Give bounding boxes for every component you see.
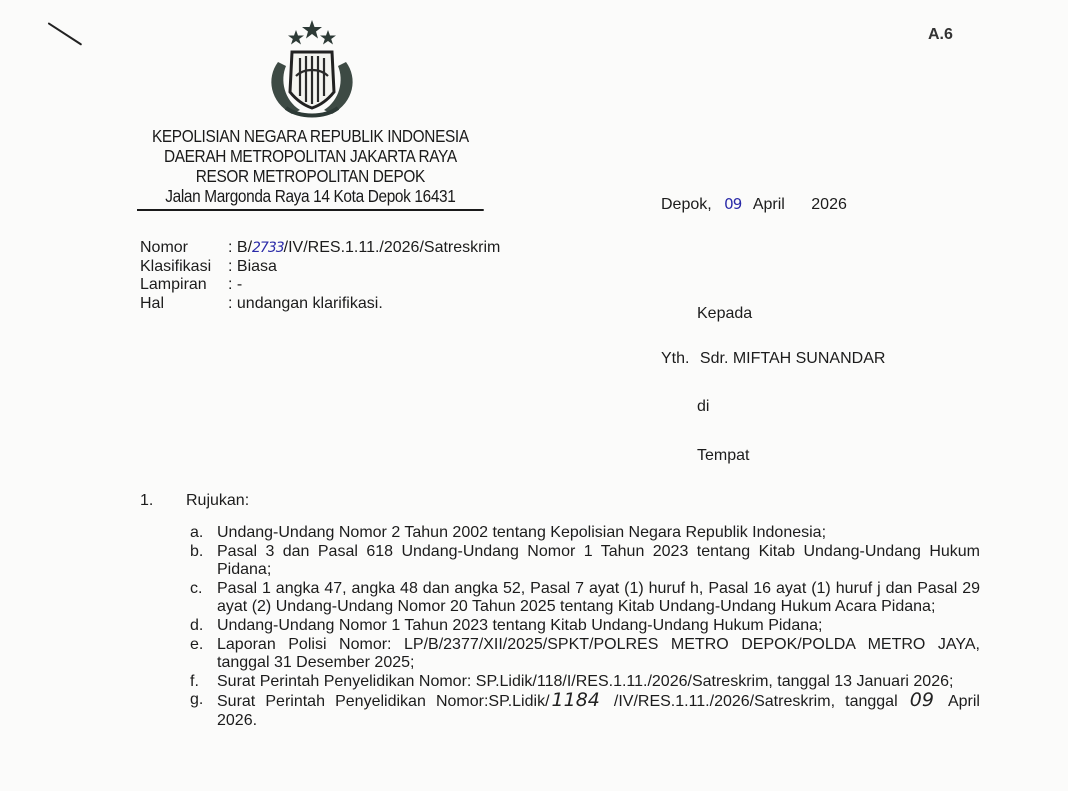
reference-item: b. Pasal 3 dan Pasal 618 Undang-Undang N…: [190, 543, 980, 580]
meta-value-suffix: /IV/RES.1.11./2026/Satreskrim: [284, 239, 501, 258]
reference-text: Undang-Undang Nomor 1 Tahun 2023 tentang…: [217, 617, 980, 636]
reference-text: Pasal 3 dan Pasal 618 Undang-Undang Nomo…: [217, 543, 980, 580]
handwritten-day: 09: [910, 689, 934, 711]
handwritten-number: 1184: [552, 689, 600, 711]
meta-label: Hal: [140, 295, 228, 314]
letterhead-line: KEPOLISIAN NEGARA REPUBLIK INDONESIA: [137, 126, 484, 146]
reference-item: a. Undang-Undang Nomor 2 Tahun 2002 tent…: [190, 524, 980, 543]
meta-label: Nomor: [140, 239, 228, 258]
letter-meta: Nomor : B/ 2733 /IV/RES.1.11./2026/Satre…: [140, 239, 500, 313]
reference-text-before: Surat Perintah Penyelidikan Nomor:SP.Lid…: [217, 693, 550, 710]
reference-list: a. Undang-Undang Nomor 2 Tahun 2002 tent…: [190, 524, 980, 731]
reference-item: c. Pasal 1 angka 47, angka 48 dan angka …: [190, 580, 980, 617]
recipient-name: Sdr. MIFTAH SUNANDAR: [700, 350, 886, 367]
document-code: A.6: [928, 26, 953, 44]
pen-mark: [47, 22, 82, 46]
police-emblem-icon: [256, 18, 368, 122]
reference-item: g. Surat Perintah Penyelidikan Nomor:SP.…: [190, 691, 980, 730]
place-date: Depok, 09 April 2026: [661, 195, 847, 214]
meta-row-hal: Hal : undangan klarifikasi.: [140, 295, 500, 314]
date-month: April: [753, 196, 785, 213]
meta-row-nomor: Nomor : B/ 2733 /IV/RES.1.11./2026/Satre…: [140, 239, 500, 258]
reference-letter: g.: [190, 691, 217, 730]
reference-text: Pasal 1 angka 47, angka 48 dan angka 52,…: [217, 580, 980, 617]
reference-text-middle: /IV/RES.1.11./2026/Satreskrim, tanggal: [614, 693, 898, 710]
letterhead-address: Jalan Margonda Raya 14 Kota Depok 16431: [137, 186, 484, 206]
letter-page: A.6 KEPOLISIAN NEGARA REPUBLIK INDONESIA…: [0, 0, 1068, 791]
section-number: 1.: [140, 492, 153, 511]
reference-letter: a.: [190, 524, 217, 543]
recipient-tempat: Tempat: [697, 447, 749, 465]
meta-value: : undangan klarifikasi.: [228, 295, 383, 314]
meta-row-klasifikasi: Klasifikasi : Biasa: [140, 258, 500, 277]
letterhead: KEPOLISIAN NEGARA REPUBLIK INDONESIA DAE…: [137, 126, 484, 211]
reference-text: Surat Perintah Penyelidikan Nomor:SP.Lid…: [217, 691, 980, 730]
meta-value-prefix: : B/: [228, 239, 252, 258]
letterhead-line: RESOR METROPOLITAN DEPOK: [137, 166, 484, 186]
date-place: Depok,: [661, 196, 712, 213]
letterhead-line: DAERAH METROPOLITAN JAKARTA RAYA: [137, 146, 484, 166]
reference-text: Undang-Undang Nomor 2 Tahun 2002 tentang…: [217, 524, 980, 543]
letterhead-divider: [137, 209, 484, 211]
reference-letter: e.: [190, 636, 217, 673]
reference-item: d. Undang-Undang Nomor 1 Tahun 2023 tent…: [190, 617, 980, 636]
reference-text: Laporan Polisi Nomor: LP/B/2377/XII/2025…: [217, 636, 980, 673]
recipient-kepada: Kepada: [697, 305, 752, 323]
meta-label: Klasifikasi: [140, 258, 228, 277]
reference-letter: d.: [190, 617, 217, 636]
date-year: 2026: [811, 196, 847, 213]
reference-letter: f.: [190, 673, 217, 692]
recipient-line: Yth. Sdr. MIFTAH SUNANDAR: [661, 350, 885, 368]
meta-value: : -: [228, 276, 242, 295]
section-title: Rujukan:: [186, 492, 249, 511]
reference-letter: c.: [190, 580, 217, 617]
handwritten-number: 2733: [252, 239, 284, 258]
meta-row-lampiran: Lampiran : -: [140, 276, 500, 295]
reference-item: e. Laporan Polisi Nomor: LP/B/2377/XII/2…: [190, 636, 980, 673]
recipient-honorific: Yth.: [661, 350, 689, 367]
handwritten-day: 09: [724, 195, 741, 213]
meta-label: Lampiran: [140, 276, 228, 295]
meta-value: : Biasa: [228, 258, 277, 277]
recipient-di: di: [697, 398, 709, 416]
reference-letter: b.: [190, 543, 217, 580]
